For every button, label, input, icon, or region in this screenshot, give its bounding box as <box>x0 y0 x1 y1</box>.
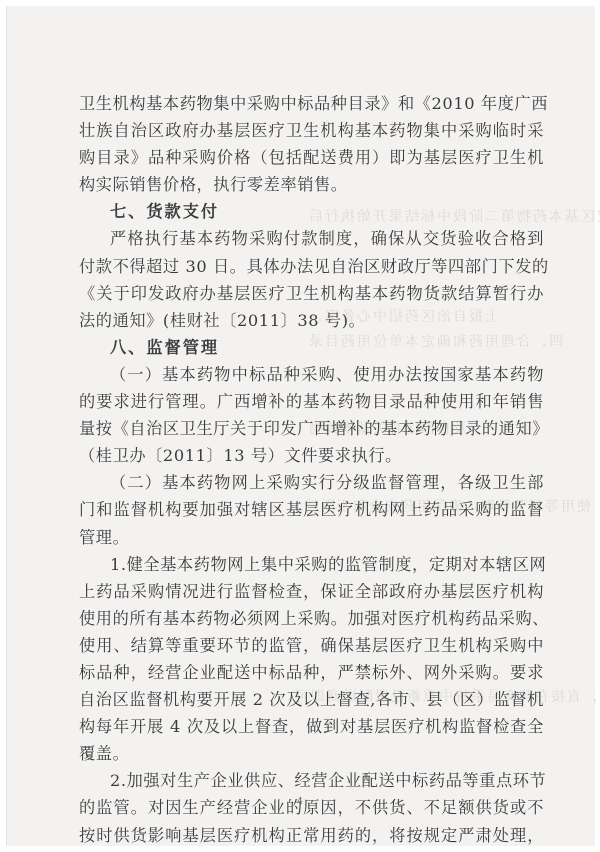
text-line: 严格执行基本药物采购付款制度，确保从交货验收合格到 <box>79 225 544 252</box>
paragraph-item-1: （一）基本药物中标品种采购、使用办法按国家基本药物 的要求进行管理。广西增补的基… <box>79 361 544 469</box>
text-line: （桂卫办〔2011〕13 号）文件要求执行。 <box>79 442 544 469</box>
page-number: 4 <box>0 797 600 807</box>
section-heading-payment: 七、货款支付 <box>79 198 544 225</box>
text-line: 1.健全基本药物网上集中采购的监管制度，定期对本辖区网 <box>79 551 544 578</box>
text-line: 量按《自治区卫生厅关于印发广西增补的基本药物目录的通知》 <box>79 415 544 442</box>
paragraph-payment: 严格执行基本药物采购付款制度，确保从交货验收合格到 付款不得超过 30 日。具体… <box>79 225 544 333</box>
text-line: 覆盖。 <box>79 740 544 767</box>
text-line: 按时供货影响基层医疗机构正常用药的，将按规定严肃处理， <box>79 822 544 849</box>
paragraph-continuation: 卫生机构基本药物集中采购中标品种目录》和《2010 年度广西 壮族自治区政府办基… <box>79 90 544 198</box>
text-line: 购目录》品种采购价格（包括配送费用）即为基层医疗卫生机 <box>79 144 544 171</box>
text-line: （一）基本药物中标品种采购、使用办法按国家基本药物 <box>79 361 544 388</box>
text-line: 自治区监督机构要开展 2 次及以上督查,各市、县（区）监督机 <box>79 686 544 713</box>
text-line: 管理。 <box>79 524 544 551</box>
text-line: 构实际销售价格，执行零差率销售。 <box>79 171 544 198</box>
paragraph-subitem-2: 2.加强对生产企业供应、经营企业配送中标药品等重点环节 的监管。对因生产经营企业… <box>79 767 544 848</box>
text-line: 《关于印发政府办基层医疗卫生机构基本药物货款结算暂行办 <box>79 280 544 307</box>
text-line: 付款不得超过 30 日。具体办法见自治区财政厅等四部门下发的 <box>79 253 544 280</box>
paragraph-item-2: （二）基本药物网上采购实行分级监督管理，各级卫生部 门和监督机构要加强对辖区基层… <box>79 469 544 550</box>
text-line: 使用、结算等重要环节的监管，确保基层医疗卫生机构采购中 <box>79 632 544 659</box>
text-line: 上药品采购情况进行监督检查，保证全部政府办基层医疗机构 <box>79 578 544 605</box>
document-body: 卫生机构基本药物集中采购中标品种目录》和《2010 年度广西 壮族自治区政府办基… <box>79 90 544 849</box>
text-line: 法的通知》(桂财社〔2011〕38 号)。 <box>79 307 544 334</box>
text-line: （二）基本药物网上采购实行分级监督管理，各级卫生部 <box>79 469 544 496</box>
text-line: 卫生机构基本药物集中采购中标品种目录》和《2010 年度广西 <box>79 90 544 117</box>
text-line: 的要求进行管理。广西增补的基本药物目录品种使用和年销售 <box>79 388 544 415</box>
section-heading-supervision: 八、监督管理 <box>79 334 544 361</box>
text-line: 2.加强对生产企业供应、经营企业配送中标药品等重点环节 <box>79 767 544 794</box>
text-line: 构每年开展 4 次及以上督查，做到对基层医疗机构监督检查全 <box>79 713 544 740</box>
text-line: 使用的所有基本药物必须网上采购。加强对医疗机构药品采购、 <box>79 605 544 632</box>
text-line: 壮族自治区政府办基层医疗卫生机构基本药物集中采购临时采 <box>79 117 544 144</box>
text-line: 门和监督机构要加强对辖区基层医疗机构网上药品采购的监督 <box>79 496 544 523</box>
text-line: 标品种，经营企业配送中标品种，严禁标外、网外采购。要求 <box>79 659 544 686</box>
paragraph-subitem-1: 1.健全基本药物网上集中采购的监管制度，定期对本辖区网 上药品采购情况进行监督检… <box>79 551 544 768</box>
